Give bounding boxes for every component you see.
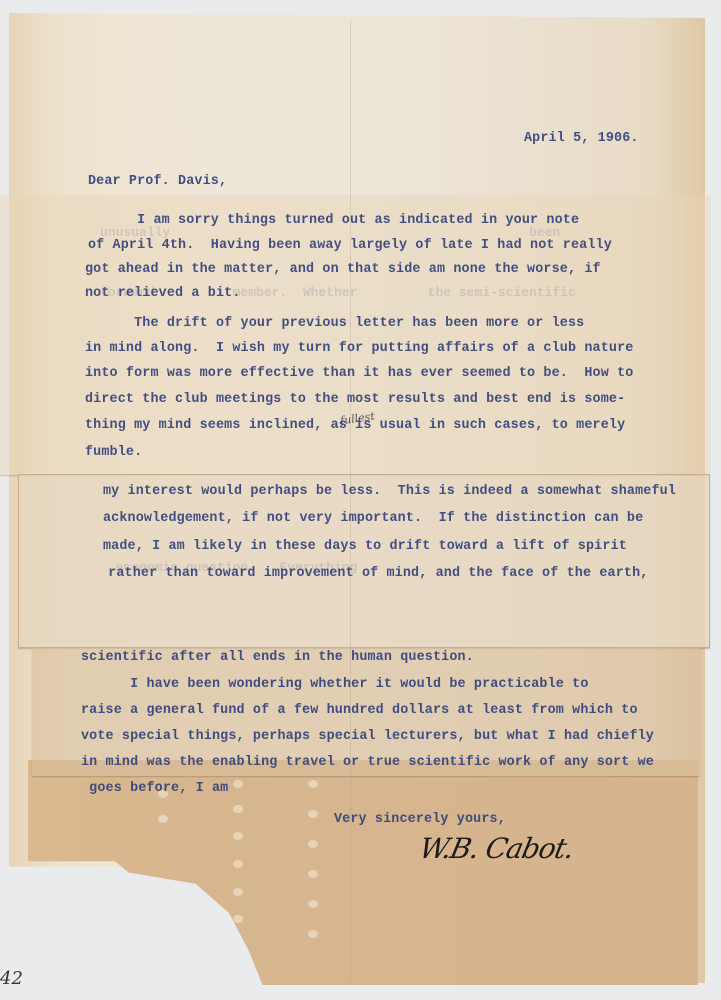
body-line: into form was more effective than it has… (85, 366, 633, 381)
signature: W.B. Cabot. (416, 832, 576, 865)
stain-dot (233, 780, 243, 788)
letter-date: April 5, 1906. (524, 131, 639, 146)
body-line: not relieved a bit. (85, 286, 241, 301)
stain-dot (233, 915, 243, 923)
stain-dot (308, 780, 318, 788)
body-line: direct the club meetings to the most res… (85, 392, 625, 407)
body-line: my interest would perhaps be less. This … (103, 484, 676, 499)
salutation: Dear Prof. Davis, (88, 174, 227, 189)
stain-dot (233, 942, 243, 950)
body-line: thing my mind seems inclined, as is usua… (85, 418, 625, 433)
body-line: raise a general fund of a few hundred do… (81, 703, 638, 718)
body-line: rather than toward improvement of mind, … (100, 566, 648, 581)
body-line: scientific after all ends in the human q… (81, 650, 474, 665)
body-line: got ahead in the matter, and on that sid… (85, 262, 601, 277)
body-line: vote special things, perhaps special lec… (81, 729, 654, 744)
body-line: The drift of your previous letter has be… (85, 316, 584, 331)
body-line: goes before, I am (81, 781, 228, 796)
archive-page-number: 42 (0, 968, 23, 989)
stain-dot (233, 860, 243, 868)
fold-crease (350, 20, 351, 980)
stain-dot (233, 888, 243, 896)
stain-dot (233, 805, 243, 813)
stain-dot (308, 900, 318, 908)
body-line: of April 4th. Having been away largely o… (88, 238, 612, 253)
body-line: in mind was the enabling travel or true … (81, 755, 654, 770)
closing: Very sincerely yours, (334, 812, 506, 827)
body-line: made, I am likely in these days to drift… (103, 539, 627, 554)
stain-dot (308, 870, 318, 878)
body-line: acknowledgement, if not very important. … (103, 511, 643, 526)
stain-dot (308, 930, 318, 938)
body-line: in mind along. I wish my turn for puttin… (85, 341, 633, 356)
body-line: fumble. (85, 445, 142, 460)
stain-dot (233, 832, 243, 840)
body-line: I am sorry things turned out as indicate… (88, 213, 579, 228)
stain-dot (158, 815, 168, 823)
stain-dot (308, 840, 318, 848)
stain-dot (308, 810, 318, 818)
body-line: I have been wondering whether it would b… (81, 677, 589, 692)
